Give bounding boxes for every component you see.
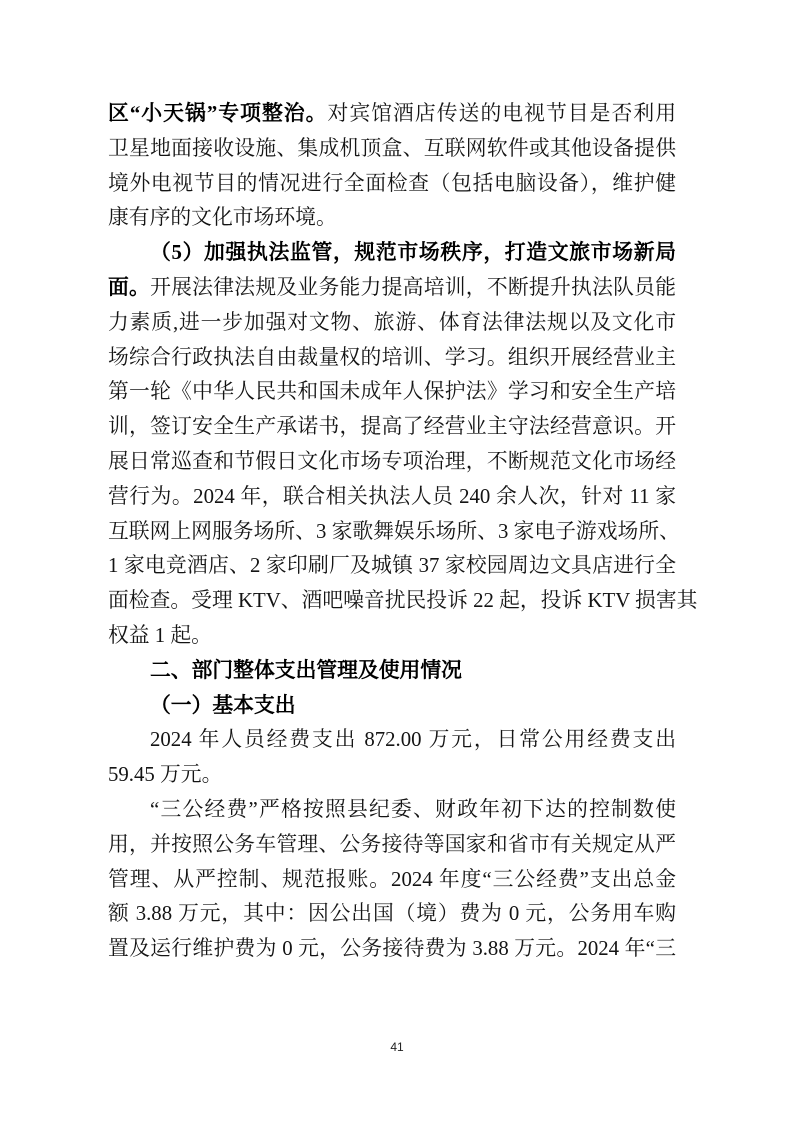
text-line: 区“小天锅”专项整治。对宾馆酒店传送的电视节目是否利用 <box>108 97 676 132</box>
text-line: 2024 年人员经费支出 872.00 万元，日常公用经费支出 <box>108 723 676 758</box>
subsection-heading: （一）基本支出 <box>108 689 676 724</box>
text-line: 59.45 万元。 <box>108 758 676 793</box>
text-line: 营行为。2024 年，联合相关执法人员 240 余人次，针对 11 家 <box>108 480 676 515</box>
text-line: 管理、从严控制、规范报账。2024 年度“三公经费”支出总金 <box>108 863 676 898</box>
text-line: 展日常巡查和节假日文化市场专项治理，不断规范文化市场经 <box>108 445 676 480</box>
paragraph-hotel-tv-inspection: 区“小天锅”专项整治。对宾馆酒店传送的电视节目是否利用 卫星地面接收设施、集成机… <box>108 97 676 236</box>
text-line: 用，并按照公务车管理、公务接待等国家和省市有关规定从严 <box>108 828 676 863</box>
paragraph-three-public-funds: “三公经费”严格按照县纪委、财政年初下达的控制数使 用，并按照公务车管理、公务接… <box>108 793 676 967</box>
text-line: 面。开展法律法规及业务能力提高培训，不断提升执法队员能 <box>108 271 676 306</box>
text-line: 第一轮《中华人民共和国未成年人保护法》学习和安全生产培 <box>108 375 676 410</box>
text-line: 康有序的文化市场环境。 <box>108 201 676 236</box>
bold-lead-in: 区“小天锅”专项整治。 <box>108 102 328 125</box>
text-line: 力素质,进一步加强对文物、旅游、体育法律法规以及文化市 <box>108 306 676 341</box>
page-body: 区“小天锅”专项整治。对宾馆酒店传送的电视节目是否利用 卫星地面接收设施、集成机… <box>108 97 676 967</box>
paragraph-basic-expenditure: 2024 年人员经费支出 872.00 万元，日常公用经费支出 59.45 万元… <box>108 723 676 793</box>
bold-lead-in: （5）加强执法监管，规范市场秩序，打造文旅市场新局 <box>150 241 676 264</box>
text-line: 互联网上网服务场所、3 家歌舞娱乐场所、3 家电子游戏场所、 <box>108 515 676 550</box>
text-line: 置及运行维护费为 0 元，公务接待费为 3.88 万元。2024 年“三 <box>108 932 676 967</box>
text-line: 1 家电竞酒店、2 家印刷厂及城镇 37 家校园周边文具店进行全 <box>108 549 676 584</box>
text-line: 权益 1 起。 <box>108 619 676 654</box>
paragraph-law-enforcement: （5）加强执法监管，规范市场秩序，打造文旅市场新局 面。开展法律法规及业务能力提… <box>108 236 676 654</box>
text-line: 训，签订安全生产承诺书，提高了经营业主守法经营意识。开 <box>108 410 676 445</box>
document-page: 区“小天锅”专项整治。对宾馆酒店传送的电视节目是否利用 卫星地面接收设施、集成机… <box>0 0 793 1122</box>
line-text: 开展法律法规及业务能力提高培训，不断提升执法队员能 <box>150 276 676 299</box>
line-text: 对宾馆酒店传送的电视节目是否利用 <box>328 102 677 125</box>
text-line: 境外电视节目的情况进行全面检查（包括电脑设备），维护健 <box>108 167 676 202</box>
bold-lead-in: 面。 <box>108 276 150 299</box>
text-line: 面检查。受理 KTV、酒吧噪音扰民投诉 22 起，投诉 KTV 损害其 <box>108 584 676 619</box>
text-line: （5）加强执法监管，规范市场秩序，打造文旅市场新局 <box>108 236 676 271</box>
section-heading: 二、部门整体支出管理及使用情况 <box>108 654 676 689</box>
text-line: 卫星地面接收设施、集成机顶盒、互联网软件或其他设备提供 <box>108 132 676 167</box>
text-line: 场综合行政执法自由裁量权的培训、学习。组织开展经营业主 <box>108 341 676 376</box>
page-number: 41 <box>0 1040 793 1054</box>
text-line: 额 3.88 万元，其中：因公出国（境）费为 0 元，公务用车购 <box>108 897 676 932</box>
text-line: “三公经费”严格按照县纪委、财政年初下达的控制数使 <box>108 793 676 828</box>
